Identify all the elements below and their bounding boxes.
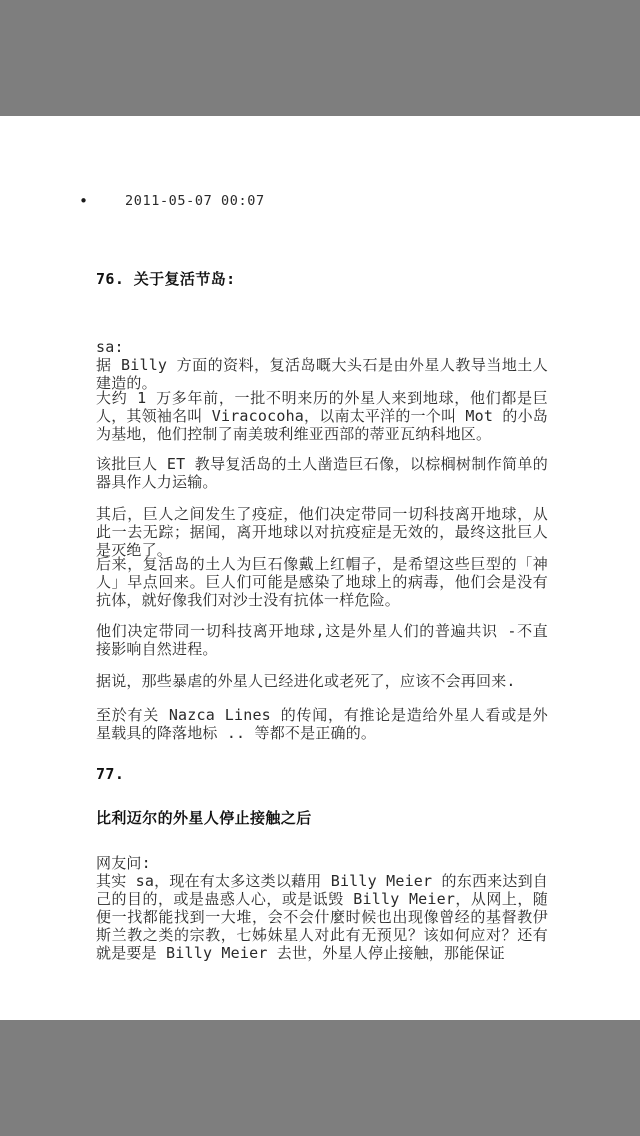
list-bullet-icon: • — [79, 194, 88, 208]
post-meta: • 2011-05-07 00:07 — [79, 193, 265, 209]
viewer-background-top — [0, 0, 640, 116]
paragraph-sa-text: 据 Billy 方面的资料，复活岛嘅大头石是由外星人教导当地土人建造的。 — [96, 356, 548, 392]
question-label: 网友问: — [96, 854, 151, 872]
paragraph-giants-arrival: 大约 1 万多年前，一批不明来历的外星人来到地球，他们都是巨人，其领袖名叫 Vi… — [96, 389, 548, 443]
paragraph-statues-built: 该批巨人 ET 教导复活岛的土人凿造巨石像，以棕榈树制作简单的器具作人力运输。 — [96, 455, 548, 491]
answer-label: sa: — [96, 338, 124, 356]
paragraph-no-return: 据说，那些暴虐的外星人已经进化或老死了，应该不会再回来. — [96, 672, 548, 690]
section-77-heading: 77. — [96, 765, 548, 783]
paragraph-netizen-question: 网友问:其实 sa，现在有太多这类以藉用 Billy Meier 的东西来达到自… — [96, 854, 548, 962]
paragraph-sa: sa:据 Billy 方面的资料，复活岛嘅大头石是由外星人教导当地土人建造的。 — [96, 338, 548, 392]
question-text: 其实 sa，现在有太多这类以藉用 Billy Meier 的东西来达到自己的目的… — [96, 872, 548, 962]
paragraph-consensus: 他们决定带同一切科技离开地球,这是外星人们的普遍共识 -不直接影响自然进程。 — [96, 622, 548, 658]
paragraph-nazca-lines: 至於有关 Nazca Lines 的传闻，有推论是造给外星人看或是外星载具的降落… — [96, 706, 548, 742]
section-77-subheading: 比利迈尔的外星人停止接触之后 — [96, 809, 548, 827]
document-viewer: • 2011-05-07 00:07 76. 关于复活节岛: sa:据 Bill… — [0, 0, 640, 1136]
paragraph-plague: 其后，巨人之间发生了疫症，他们决定带同一切科技离开地球，从此一去无踪；据闻，离开… — [96, 505, 548, 559]
paragraph-red-hats: 后来，复活岛的土人为巨石像戴上红帽子，是希望这些巨型的「神人」早点回来。巨人们可… — [96, 555, 548, 609]
post-timestamp: 2011-05-07 00:07 — [125, 193, 265, 209]
viewer-background-bottom — [0, 1020, 640, 1136]
section-76-heading: 76. 关于复活节岛: — [96, 270, 548, 288]
